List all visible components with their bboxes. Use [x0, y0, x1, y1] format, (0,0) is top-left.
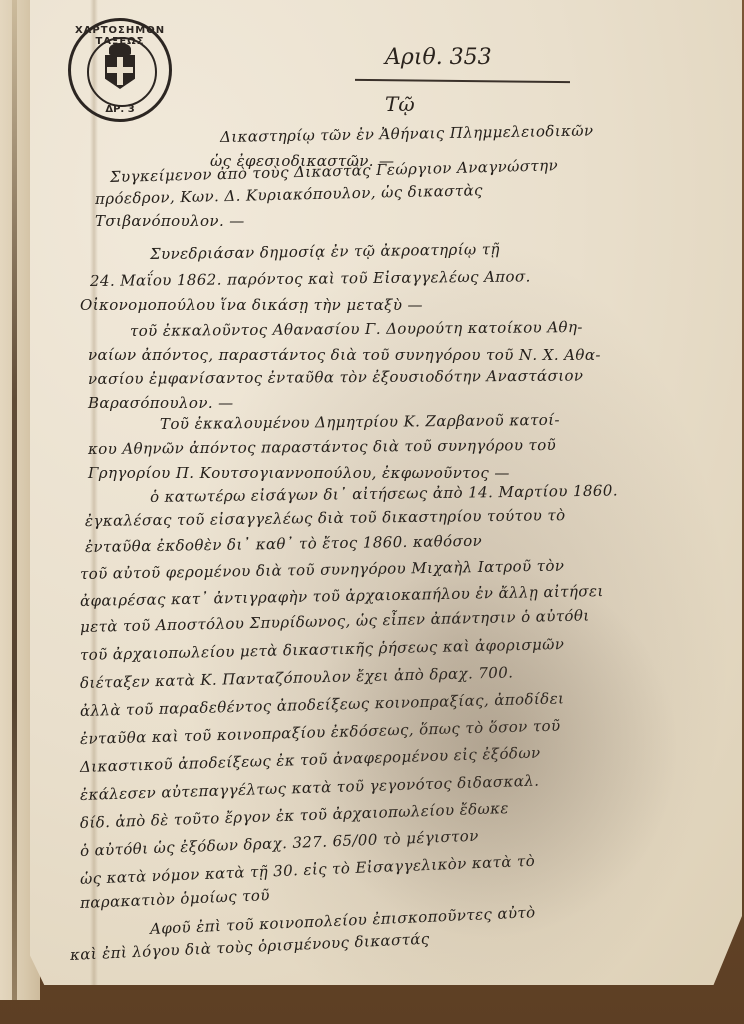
text-line: Τοῦ ἐκκαλουμένου Δημητρίου Κ. Ζαρβανοῦ κ… [160, 411, 560, 433]
text-line: κου Αθηνῶν ἀπόντος παραστάντος διὰ τοῦ σ… [88, 436, 556, 458]
text-line: Δικαστικοῦ ἀποδείξεως ἐκ τοῦ ἀναφερομένο… [80, 744, 541, 776]
text-line: Γρηγορίου Π. Κουτσογιαννοπούλου, ἐκφωνοῦ… [88, 464, 510, 482]
text-line: τοῦ αὐτοῦ φερομένου διὰ τοῦ συνηγόρου Μι… [80, 557, 565, 583]
handwritten-body: Δικαστηρίῳ τῶν ἐν Ἀθήναις Πλημμελειοδικῶ… [0, 0, 744, 1024]
text-line: Βαρασόπουλον. — [88, 394, 234, 412]
text-line: νασίου ἐμφανίσαντος ἐνταῦθα τὸν ἐξουσιοδ… [88, 367, 584, 388]
text-line: τοῦ ἀρχαιοπωλείου μετὰ δικαστικῆς ῥήσεως… [80, 635, 565, 664]
text-line: Οἰκονομοπούλου ἵνα δικάσῃ τὴν μεταξὺ — [80, 296, 423, 314]
text-line: ἐνταῦθα ἐκδοθὲν δι᾽ καθ᾽ τὸ ἔτος 1860. κ… [85, 532, 482, 556]
text-line: 24. Μαΐου 1862. παρόντος καὶ τοῦ Εἰσαγγε… [90, 267, 531, 290]
text-line: ὁ κατωτέρω εἰσάγων δι᾽ αἰτήσεως ἀπὸ 14. … [150, 481, 618, 506]
text-line: Δικαστηρίῳ τῶν ἐν Ἀθήναις Πλημμελειοδικῶ… [220, 121, 594, 146]
text-line: τοῦ ἐκκαλοῦντος Αθανασίου Γ. Δουρούτη κα… [130, 318, 583, 340]
text-line: μετὰ τοῦ Αποστόλου Σπυρίδωνος, ὡς εἶπεν … [80, 606, 590, 636]
text-line: διέταξεν κατὰ Κ. Πανταζόπουλον ἔχει ἀπὸ … [80, 663, 514, 692]
text-line: καὶ ἐπὶ λόγου διὰ τοὺς ὁρισμένους δικαστ… [70, 930, 430, 964]
text-line: ἐγκαλέσας τοῦ εἰσαγγελέως διὰ τοῦ δικαστ… [85, 506, 566, 530]
text-line: Τσιβανόπουλον. — [95, 212, 245, 230]
text-line: ὁ αὐτόθι ὡς ἐξόδων δραχ. 327. 65/00 τὸ μ… [80, 827, 479, 860]
text-line: ναίων ἀπόντος, παραστάντος διὰ τοῦ συνηγ… [88, 346, 601, 364]
text-line: πρόεδρον, Κων. Δ. Κυριακόπουλον, ὡς δικα… [95, 181, 483, 208]
text-line: Συνεδριάσαν δημοσίᾳ ἐν τῷ ἀκροατηρίῳ τῇ [150, 240, 500, 263]
text-line: παρακατιὸν ὁμοίως τοῦ [80, 886, 271, 912]
text-line: ἀλλὰ τοῦ παραδεθέντος ἀποδείξεως κοινοπρ… [80, 689, 565, 720]
text-line: ἐνταῦθα καὶ τοῦ κοινοπραξίου ἐκδόσεως, ὅ… [80, 717, 561, 748]
text-line: ἀφαιρέσας κατ᾽ ἀντιγραφὴν τοῦ ἀρχαιοκαπή… [80, 582, 604, 610]
text-line: ἐκάλεσεν αὐτεπαγγέλτως κατὰ τοῦ γεγονότο… [80, 772, 540, 804]
